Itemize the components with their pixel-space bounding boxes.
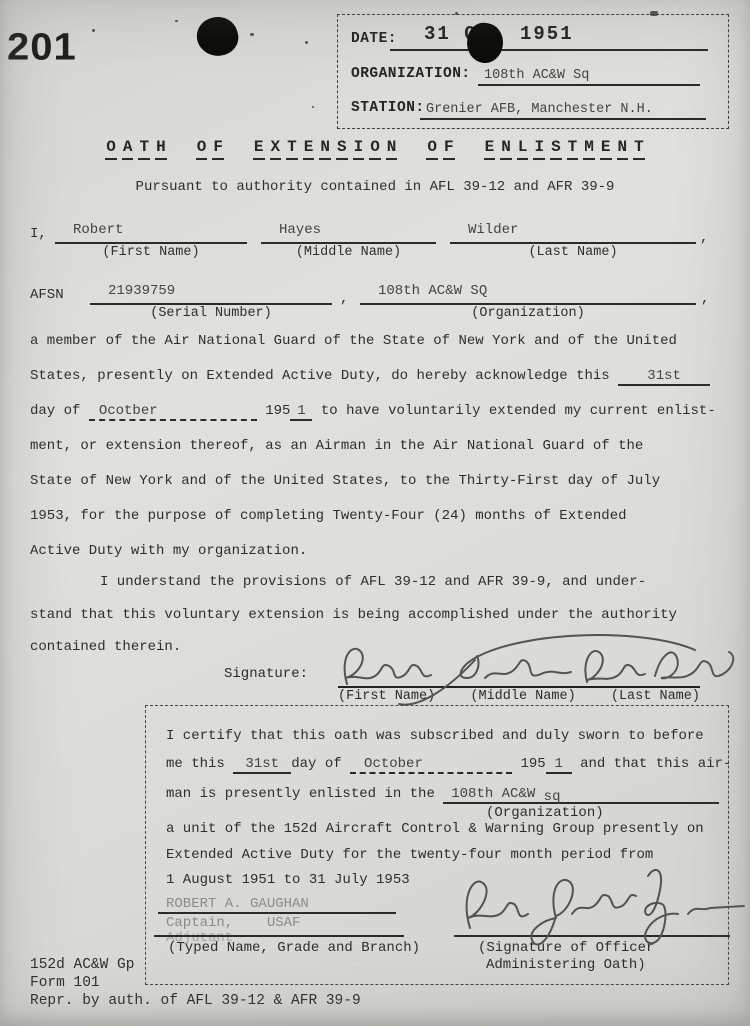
body-line-5: State of New York and of the United Stat…: [30, 473, 660, 491]
serial-number-blank: 21939759 (Serial Number): [90, 283, 332, 323]
page-number-stamp: 201: [7, 23, 77, 71]
speck: [305, 41, 308, 44]
afsn-comma: ,: [340, 291, 348, 309]
title-letter: T: [567, 137, 579, 160]
first-name-value: Robert: [55, 222, 247, 244]
title-letter: O: [196, 137, 208, 160]
serial-number-label: (Serial Number): [90, 305, 332, 323]
last-name-blank: Wilder (Last Name): [450, 222, 696, 262]
cert-line-2-pre: me this: [166, 756, 225, 772]
signature-label: Signature:: [224, 666, 308, 684]
sig-last-label: (Last Name): [611, 689, 700, 706]
body-line-4: ment, or extension thereof, as an Airman…: [30, 438, 643, 456]
station-label: STATION:: [351, 99, 425, 117]
ink-blot: [193, 13, 242, 61]
cert-org-fill: 108th AC&W sq: [443, 787, 719, 804]
body-line-1: a member of the Air National Guard of th…: [30, 333, 677, 351]
organization-fill-value: 108th AC&W SQ: [360, 283, 696, 305]
title-letter: X: [270, 137, 282, 160]
officer-signature-line: [454, 916, 730, 937]
cert-line-2: me this 31stday of October 1951 and that…: [166, 756, 731, 774]
middle-name-value: Hayes: [261, 222, 436, 244]
form-title: OATHOFEXTENSIONOFENLISTMENT: [0, 137, 750, 160]
organization-fill-label: (Organization): [360, 305, 696, 323]
title-letter: F: [212, 137, 224, 160]
middle-name-blank: Hayes (Middle Name): [261, 222, 436, 262]
title-letter: N: [617, 137, 629, 160]
cert-day-fill: 31st: [233, 757, 291, 774]
sig-middle-label: (Middle Name): [470, 689, 575, 706]
body-para2-line-1: I understand the provisions of AFL 39-12…: [100, 574, 646, 592]
title-letter: O: [105, 137, 117, 160]
organization-value: 108th AC&W Sq: [484, 68, 589, 85]
cert-line-5: Extended Active Duty for the twenty-four…: [166, 847, 653, 865]
body-line-3-post: to have voluntarily extended my current …: [321, 403, 716, 419]
first-name-label: (First Name): [55, 244, 247, 262]
certification-box: I certify that this oath was subscribed …: [145, 705, 729, 985]
cert-line-3-pre: man is presently enlisted in the: [166, 786, 435, 802]
name-line-suffix: ,: [700, 230, 708, 248]
footer-group: 152d AC&W Gp: [30, 956, 134, 974]
body-para2-line-2: stand that this voluntary extension is b…: [30, 607, 677, 625]
title-letter: T: [138, 137, 150, 160]
body-line-3: day of Ocotber 1951 to have voluntarily …: [30, 403, 716, 421]
title-letter: E: [600, 137, 612, 160]
speck: [92, 29, 95, 32]
sig-first-label: (First Name): [338, 689, 435, 706]
title-letter: E: [253, 137, 265, 160]
officer-signature-label-1: (Signature of Officer: [478, 940, 654, 958]
title-letter: S: [336, 137, 348, 160]
title-letter: I: [353, 137, 365, 160]
afsn-prefix: AFSN: [30, 287, 64, 305]
speck: [312, 106, 314, 108]
title-letter: T: [633, 137, 645, 160]
cert-org-value-sub: sq: [544, 790, 561, 805]
afsn-suffix: ,: [701, 291, 709, 309]
body-line-3-pre: day of: [30, 403, 80, 419]
title-letter: L: [517, 137, 529, 160]
title-letter: N: [500, 137, 512, 160]
scanned-form-page: 201 DATE: 31 OC 1951 ORGANIZATION: 108th…: [0, 0, 750, 1026]
station-value: Grenier AFB, Manchester N.H.: [426, 102, 653, 119]
day-fill: 31st: [618, 369, 710, 386]
date-stamp-year: 1951: [520, 23, 574, 47]
body-line-7: Active Duty with my organization.: [30, 543, 307, 561]
title-letter: E: [303, 137, 315, 160]
cert-year-preprinted: 195: [520, 756, 545, 772]
typed-name-label: (Typed Name, Grade and Branch): [168, 940, 420, 958]
cert-line-1: I certify that this oath was subscribed …: [166, 728, 704, 746]
subtitle: Pursuant to authority contained in AFL 3…: [0, 179, 750, 197]
serial-number-value: 21939759: [90, 283, 332, 305]
body-line-6: 1953, for the purpose of completing Twen…: [30, 508, 627, 526]
title-letter: N: [386, 137, 398, 160]
name-line-prefix: I,: [30, 226, 47, 244]
title-letter: A: [122, 137, 134, 160]
last-name-value: Wilder: [450, 222, 696, 244]
title-letter: T: [286, 137, 298, 160]
officer-signature-label-2: Administering Oath): [486, 957, 646, 975]
title-letter: O: [426, 137, 438, 160]
body-line-2-text: States, presently on Extended Active Dut…: [30, 368, 610, 384]
signature-line: [338, 664, 700, 688]
speck: [175, 20, 178, 22]
footer-form-number: Form 101: [30, 974, 100, 992]
officer-name-underline: [158, 894, 396, 914]
cert-month-fill: October: [350, 757, 512, 774]
signature-blank: (First Name) (Middle Name) (Last Name): [338, 664, 700, 706]
cert-year-fill: 1: [546, 757, 572, 774]
cert-line-4: a unit of the 152d Aircraft Control & Wa…: [166, 821, 704, 839]
last-name-label: (Last Name): [450, 244, 696, 262]
cert-org-value: 108th AC&W: [451, 786, 535, 802]
title-letter: H: [155, 137, 167, 160]
title-letter: M: [583, 137, 595, 160]
typed-name-underline: [154, 916, 404, 937]
organization-blank: 108th AC&W SQ (Organization): [360, 283, 696, 323]
body-line-2: States, presently on Extended Active Dut…: [30, 368, 710, 386]
title-letter: O: [369, 137, 381, 160]
cert-org-label: (Organization): [486, 805, 604, 823]
speck: [250, 33, 254, 36]
cert-line-2-mid: day of: [291, 756, 341, 772]
title-letter: S: [550, 137, 562, 160]
body-para2-line-3: contained therein.: [30, 639, 181, 657]
title-letter: F: [443, 137, 455, 160]
cert-line-3: man is presently enlisted in the 108th A…: [166, 786, 719, 804]
organization-label: ORGANIZATION:: [351, 65, 471, 83]
cert-line-2-post: and that this air-: [580, 756, 731, 772]
year-fill: 1: [290, 404, 312, 421]
title-letter: N: [319, 137, 331, 160]
title-letter: E: [484, 137, 496, 160]
month-fill: Ocotber: [89, 404, 257, 421]
cert-line-6: 1 August 1951 to 31 July 1953: [166, 872, 410, 890]
header-box: DATE: 31 OC 1951 ORGANIZATION: 108th AC&…: [337, 14, 729, 129]
title-letter: I: [533, 137, 545, 160]
middle-name-label: (Middle Name): [261, 244, 436, 262]
footer-reprint-authority: Repr. by auth. of AFL 39-12 & AFR 39-9: [30, 992, 361, 1010]
year-preprinted: 195: [265, 403, 290, 419]
first-name-blank: Robert (First Name): [55, 222, 247, 262]
